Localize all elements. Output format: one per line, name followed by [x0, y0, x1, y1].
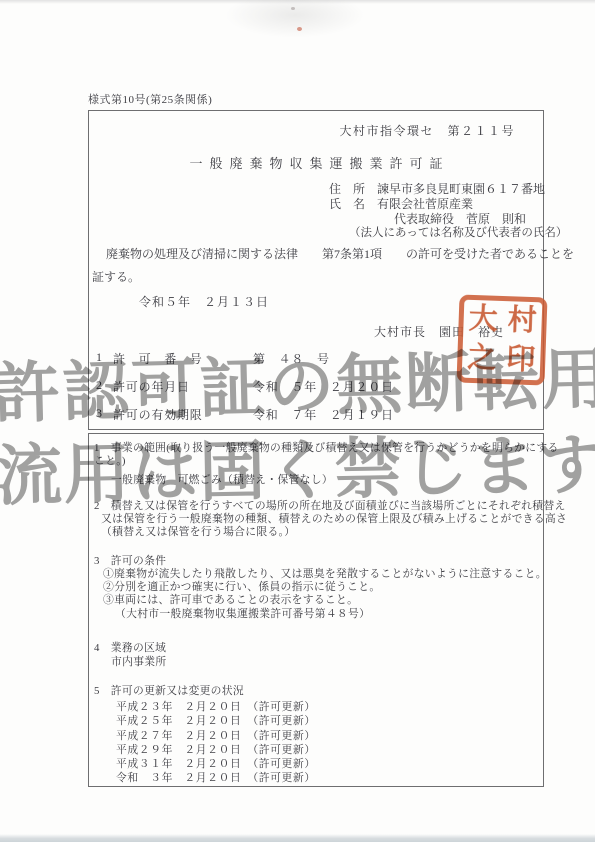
- watermark-char: す: [537, 430, 595, 499]
- condition-note: （大村市一般廃棄物収集運搬業許可番号第４８号）: [115, 608, 370, 622]
- seal-character: 之: [462, 339, 502, 379]
- scan-speck: [291, 7, 295, 10]
- renewal-entry: 平成２３年 ２月２０日 （許可更新）: [116, 700, 316, 714]
- certificate-title: 一般廃棄物収集運搬業許可証: [89, 153, 543, 172]
- condition-1: ①廃棄物が流失したり飛散したり、又は悪臭を発散することがないように注意すること。: [103, 568, 547, 582]
- renewal-entry: 令和 ３年 ２月２０日 （許可更新）: [116, 771, 316, 785]
- renewal-history: 平成２３年 ２月２０日 （許可更新） 平成２５年 ２月２０日 （許可更新） 平成…: [116, 700, 316, 786]
- scope-heading-line2: こと。): [94, 455, 126, 469]
- field-no: 1: [96, 350, 113, 367]
- transfer-storage-line2: 又は保管を行う一般廃棄物の種類、積替えのための保管上限及び積み上げることができる…: [101, 513, 567, 527]
- details-box: 1 事業の範囲(取り扱う一般廃棄物の種類及び積替え又は保管を行うかどうかを明らか…: [88, 433, 544, 787]
- field-value: 令和 ５年 ２月２０日: [253, 378, 394, 395]
- scan-smudge: [225, 0, 365, 38]
- area-heading: 4 業務の区域: [94, 642, 166, 656]
- field-label: 許可の年月日: [113, 378, 253, 395]
- field-label: 許 可 番 号: [113, 350, 253, 367]
- area-value: 市内事業所: [111, 656, 166, 670]
- scope-heading-line1: 1 事業の範囲(取り扱う一般廃棄物の種類及び積替え又は保管を行うかどうかを明らか…: [94, 442, 559, 456]
- scan-edge-bottom: [0, 834, 595, 842]
- seal-character: 印: [501, 340, 541, 380]
- scope-value: 一般廃棄物 可燃ごみ（積替え・保管なし）: [111, 474, 333, 488]
- issue-date: 令和５年 ２月１３日: [139, 293, 269, 310]
- scanned-permit-document: 様式第10号(第25条関係) 大村市指令環セ 第２１１号 一般廃棄物収集運搬業許…: [0, 0, 595, 842]
- renewal-entry: 平成２５年 ２月２０日 （許可更新）: [116, 714, 316, 728]
- field-no: 2: [96, 378, 113, 395]
- certify-statement-line1: 廃棄物の処理及び清掃に関する法律 第7条第1項 の許可を受けた者であることを: [106, 245, 574, 262]
- name-note: （法人にあっては名称及び代表者の氏名）: [349, 224, 567, 240]
- renewal-heading: 5 許可の更新又は変更の状況: [94, 685, 244, 699]
- field-permit-expiry: 3 許可の有効期限 令和 ７年 ２月１９日: [96, 406, 394, 423]
- field-permit-date: 2 許可の年月日 令和 ５年 ２月２０日: [96, 378, 394, 395]
- renewal-entry: 平成２９年 ２月２０日 （許可更新）: [116, 743, 316, 757]
- field-label: 許可の有効期限: [113, 406, 253, 423]
- condition-3: ③車両には、許可車であることの表示をすること。: [103, 594, 358, 608]
- watermark-char: 許: [0, 358, 61, 428]
- field-value: 第 ４８ 号: [253, 350, 330, 367]
- field-no: 3: [96, 406, 113, 423]
- directive-number: 大村市指令環セ 第２１１号: [339, 122, 515, 139]
- watermark-char: 用: [541, 345, 595, 415]
- field-permit-number: 1 許 可 番 号 第 ４８ 号: [96, 350, 330, 367]
- condition-2: ②分別を適正かつ確実に行い、係員の指示に従うこと。: [103, 581, 380, 595]
- transfer-storage-line1: 2 積替え又は保管を行うすべての場所の所在地及び面積並びに当該場所ごとにそれぞれ…: [94, 500, 566, 514]
- watermark-char: 流: [0, 441, 63, 510]
- transfer-storage-line3: （積替え又は保管を行う場合に限る。）: [101, 526, 295, 540]
- form-number: 様式第10号(第25条関係): [88, 91, 212, 107]
- renewal-entry: 平成２７年 ２月２０日 （許可更新）: [116, 729, 316, 743]
- conditions-heading: 3 許可の条件: [94, 555, 166, 569]
- renewal-entry: 平成３１年 ２月２０日 （許可更新）: [116, 757, 316, 771]
- seal-character: 村: [502, 301, 542, 341]
- field-value: 令和 ７年 ２月１９日: [253, 406, 394, 423]
- staple-mark: [297, 27, 302, 31]
- certify-statement-line2: 証する。: [92, 268, 140, 285]
- mayor-seal-stamp: 大 村 之 印: [456, 294, 547, 385]
- seal-character: 大: [463, 300, 503, 340]
